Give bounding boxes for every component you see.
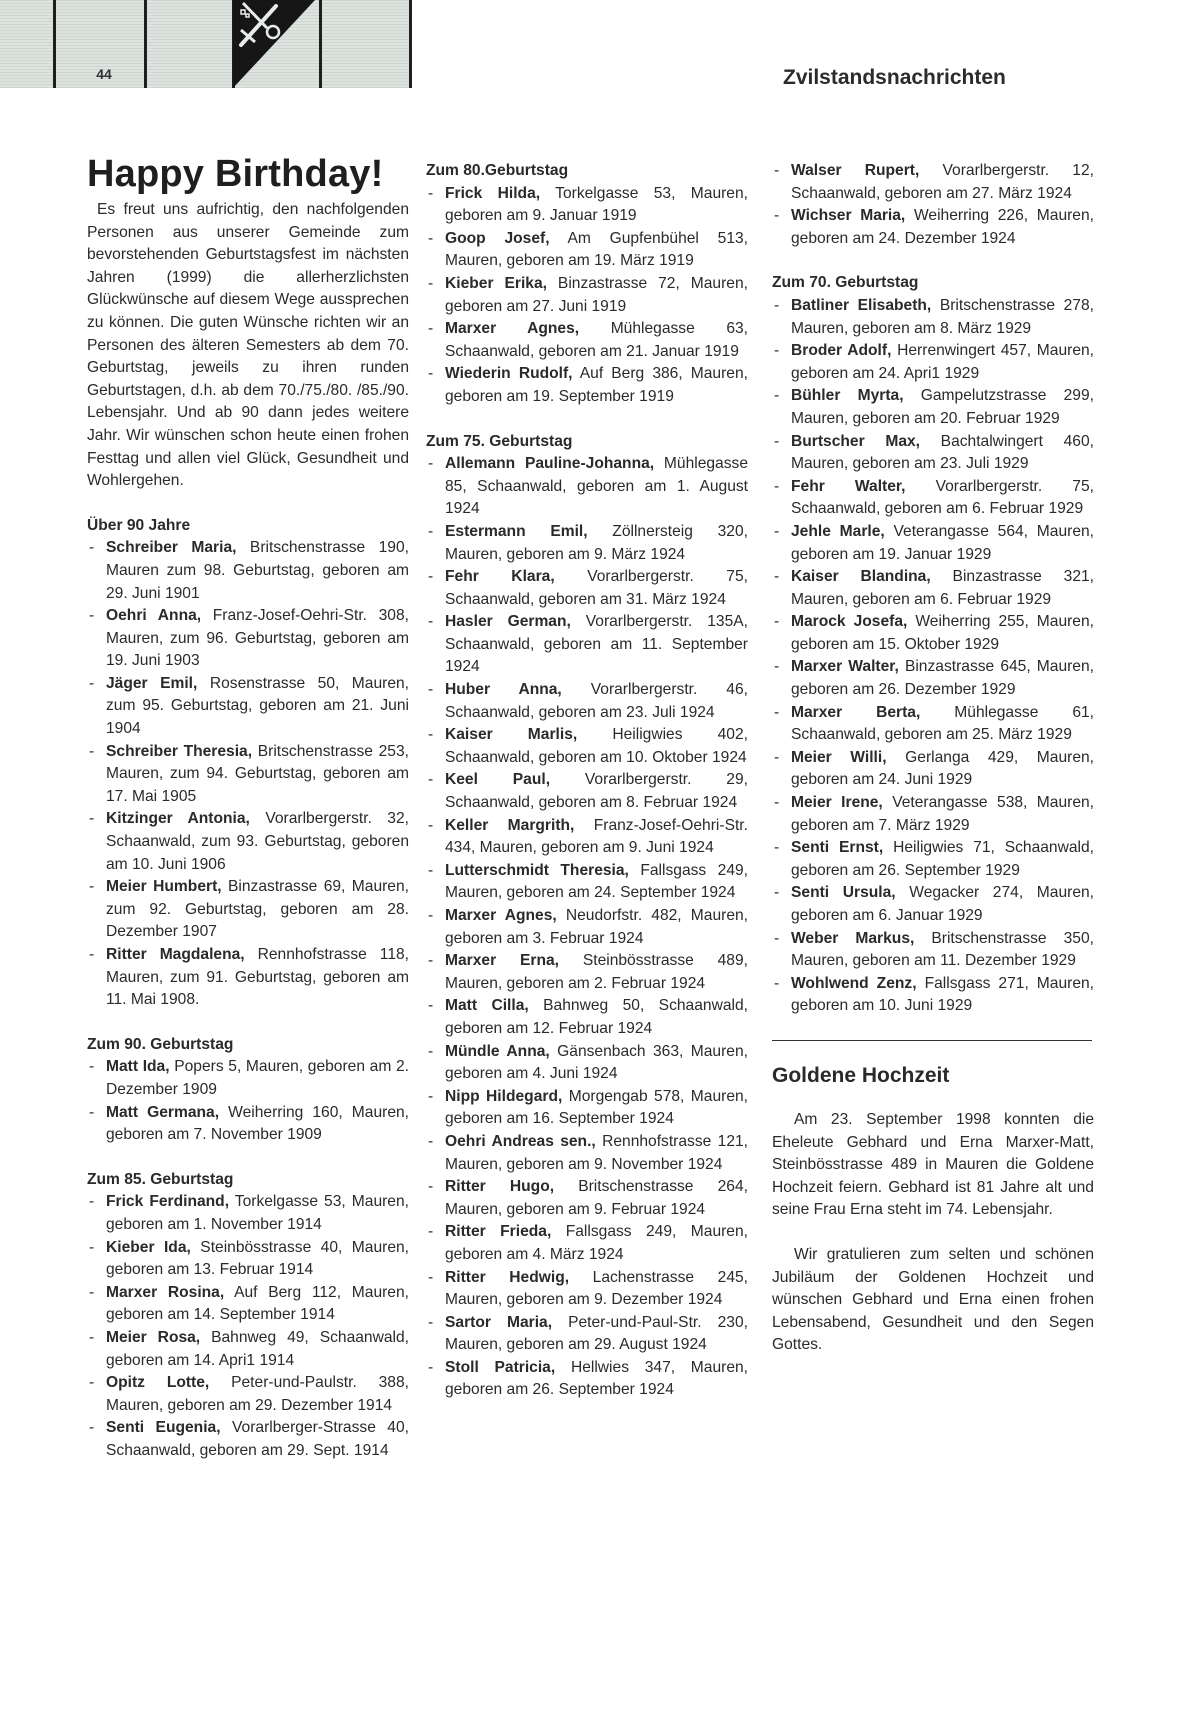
list-item: -Meier Willi, Gerlanga 429, Mauren, gebo… [772,747,1094,792]
list-item: -Bühler Myrta, Gampelutzstrasse 299, Mau… [772,385,1094,430]
person-name: Batliner Elisabeth, [791,297,931,314]
person-name: Ritter Hedwig, [445,1269,569,1286]
list-item: -Sartor Maria, Peter-und-Paul-Str. 230, … [426,1312,748,1357]
group-75th-continued: -Walser Rupert, Vorarlbergerstr. 12, Sch… [772,160,1094,250]
article-title: Happy Birthday! [87,154,409,194]
list-item: -Matt Ida, Popers 5, Mauren, geboren am … [87,1056,409,1101]
list-item: -Ritter Hedwig, Lachenstrasse 245, Maure… [426,1267,748,1312]
list-item: -Wiederin Rudolf, Auf Berg 386, Mauren, … [426,363,748,408]
person-name: Hasler German, [445,613,571,630]
list-item: -Schreiber Theresia, Britschenstrasse 25… [87,741,409,809]
group-70th: Zum 70. Geburtstag -Batliner Elisabeth, … [772,272,1094,1018]
list-item: -Kieber Erika, Binzastrasse 72, Mauren, … [426,273,748,318]
list-item: -Jehle Marle, Veterangasse 564, Mauren, … [772,521,1094,566]
band-divider [409,0,412,88]
group-title: Zum 85. Geburtstag [87,1169,409,1192]
person-name: Senti Ursula, [791,884,896,901]
person-name: Schreiber Theresia, [106,743,252,760]
person-name: Bühler Myrta, [791,387,904,404]
person-name: Jehle Marle, [791,523,885,540]
person-name: Marxer Agnes, [445,320,579,337]
person-name: Kaiser Blandina, [791,568,931,585]
band-divider [319,0,322,88]
group-85th: Zum 85. Geburtstag -Frick Ferdinand, Tor… [87,1169,409,1463]
list-item: -Mündle Anna, Gänsenbach 363, Mauren, ge… [426,1041,748,1086]
header-band: 44 [0,0,412,88]
person-name: Marxer Berta, [791,704,920,721]
list-item: -Fehr Walter, Vorarlbergerstr. 75, Schaa… [772,476,1094,521]
person-name: Jäger Emil, [106,675,197,692]
list-item: -Meier Irene, Veterangasse 538, Mauren, … [772,792,1094,837]
person-name: Marxer Walter, [791,658,899,675]
list-item: -Keller Margrith, Franz-Josef-Oehri-Str.… [426,815,748,860]
list-item: -Walser Rupert, Vorarlbergerstr. 12, Sch… [772,160,1094,205]
person-name: Fehr Walter, [791,478,905,495]
list-item: -Frick Hilda, Torkelgasse 53, Mauren, ge… [426,183,748,228]
list-item: -Allemann Pauline-Johanna, Mühlegasse 85… [426,453,748,521]
person-name: Opitz Lotte, [106,1374,209,1391]
list-item: -Marxer Erna, Steinbösstrasse 489, Maure… [426,950,748,995]
person-name: Marxer Rosina, [106,1284,224,1301]
person-name: Estermann Emil, [445,523,588,540]
list-item: -Kieber Ida, Steinbösstrasse 40, Mauren,… [87,1237,409,1282]
person-name: Wohlwend Zenz, [791,975,917,992]
person-name: Meier Rosa, [106,1329,200,1346]
person-name: Meier Willi, [791,749,887,766]
list-item: -Matt Germana, Weiherring 160, Mauren, g… [87,1102,409,1147]
list-item: -Jäger Emil, Rosenstrasse 50, Mauren, zu… [87,673,409,741]
person-name: Wichser Maria, [791,207,905,224]
list-item: -Meier Humbert, Binzastrasse 69, Mauren,… [87,876,409,944]
person-name: Frick Ferdinand, [106,1193,229,1210]
list-item: -Wohlwend Zenz, Fallsgass 271, Mauren, g… [772,973,1094,1018]
person-name: Schreiber Maria, [106,539,236,556]
person-name: Frick Hilda, [445,185,540,202]
person-name: Ritter Magdalena, [106,946,245,963]
list-item: -Marock Josefa, Weiherring 255, Mauren, … [772,611,1094,656]
person-name: Senti Eugenia, [106,1419,221,1436]
list-item: -Kaiser Marlis, Heiligwies 402, Schaanwa… [426,724,748,769]
person-name: Broder Adolf, [791,342,891,359]
list-item: -Frick Ferdinand, Torkelgasse 53, Mauren… [87,1191,409,1236]
section-divider [772,1040,1092,1041]
band-divider [53,0,56,88]
person-name: Burtscher Max, [791,433,920,450]
column-3: -Walser Rupert, Vorarlbergerstr. 12, Sch… [772,160,1094,1379]
crossed-swords-and-key-emblem-icon [233,0,315,88]
group-75th: Zum 75. Geburtstag -Allemann Pauline-Joh… [426,431,748,1403]
list-item: -Opitz Lotte, Peter-und-Paulstr. 388, Ma… [87,1372,409,1417]
intro-paragraph: Es freut uns aufrichtig, den nachfolgend… [87,199,409,493]
list-item: -Nipp Hildegard, Morgengab 578, Mauren, … [426,1086,748,1131]
list-item: -Burtscher Max, Bachtalwingert 460, Maur… [772,431,1094,476]
group-90th: Zum 90. Geburtstag -Matt Ida, Popers 5, … [87,1034,409,1147]
person-name: Meier Irene, [791,794,883,811]
list-item: -Estermann Emil, Zöllnersteig 320, Maure… [426,521,748,566]
person-name: Nipp Hildegard, [445,1088,562,1105]
person-name: Allemann Pauline-Johanna, [445,455,654,472]
person-name: Marock Josefa, [791,613,907,630]
page-number: 44 [79,66,129,82]
person-name: Ritter Hugo, [445,1178,554,1195]
person-name: Wiederin Rudolf, [445,365,573,382]
list-item: -Kitzinger Antonia, Vorarlbergerstr. 32,… [87,808,409,876]
person-name: Matt Ida, [106,1058,170,1075]
list-item: -Schreiber Maria, Britschenstrasse 190, … [87,537,409,605]
person-name: Matt Germana, [106,1104,219,1121]
list-item: -Weber Markus, Britschenstrasse 350, Mau… [772,928,1094,973]
person-name: Keller Margrith, [445,817,574,834]
list-item: -Ritter Hugo, Britschenstrasse 264, Maur… [426,1176,748,1221]
person-name: Senti Ernst, [791,839,883,856]
person-name: Walser Rupert, [791,162,919,179]
list-item: -Meier Rosa, Bahnweg 49, Schaanwald, geb… [87,1327,409,1372]
list-item: -Fehr Klara, Vorarlbergerstr. 75, Schaan… [426,566,748,611]
group-80th: Zum 80.Geburtstag -Frick Hilda, Torkelga… [426,160,748,409]
goldene-hochzeit-paragraph-1: Am 23. September 1998 konnten die Eheleu… [772,1109,1094,1222]
group-title: Über 90 Jahre [87,515,409,538]
column-1: Happy Birthday! Es freut uns aufrichtig,… [87,160,409,1484]
person-name: Oehri Anna, [106,607,201,624]
section-title: Zvilstandsnachrichten [783,66,1006,90]
list-item: -Goop Josef, Am Gupfenbühel 513, Mauren,… [426,228,748,273]
list-item: -Marxer Agnes, Mühlegasse 63, Schaanwald… [426,318,748,363]
list-item: -Matt Cilla, Bahnweg 50, Schaanwald, geb… [426,995,748,1040]
person-name: Oehri Andreas sen., [445,1133,596,1150]
list-item: -Marxer Agnes, Neudorfstr. 482, Mauren, … [426,905,748,950]
list-item: -Batliner Elisabeth, Britschenstrasse 27… [772,295,1094,340]
goldene-hochzeit-title: Goldene Hochzeit [772,1061,1094,1091]
person-name: Ritter Frieda, [445,1223,551,1240]
person-name: Mündle Anna, [445,1043,550,1060]
person-name: Kieber Ida, [106,1239,191,1256]
band-divider [144,0,147,88]
list-item: -Marxer Rosina, Auf Berg 112, Mauren, ge… [87,1282,409,1327]
person-name: Matt Cilla, [445,997,529,1014]
person-name: Kitzinger Antonia, [106,810,250,827]
list-item: -Marxer Berta, Mühlegasse 61, Schaanwald… [772,702,1094,747]
group-title: Zum 70. Geburtstag [772,272,1094,295]
person-name: Marxer Erna, [445,952,559,969]
list-item: -Oehri Anna, Franz-Josef-Oehri-Str. 308,… [87,605,409,673]
person-name: Keel Paul, [445,771,550,788]
list-item: -Hasler German, Vorarlbergerstr. 135A, S… [426,611,748,679]
list-item: -Senti Eugenia, Vorarlberger-Strasse 40,… [87,1417,409,1462]
person-name: Stoll Patricia, [445,1359,555,1376]
person-name: Weber Markus, [791,930,914,947]
column-2: Zum 80.Geburtstag -Frick Hilda, Torkelga… [426,160,748,1424]
list-item: -Keel Paul, Vorarlbergerstr. 29, Schaanw… [426,769,748,814]
list-item: -Broder Adolf, Herrenwingert 457, Mauren… [772,340,1094,385]
person-name: Goop Josef, [445,230,550,247]
list-item: -Marxer Walter, Binzastrasse 645, Mauren… [772,656,1094,701]
group-title: Zum 80.Geburtstag [426,160,748,183]
person-name: Fehr Klara, [445,568,555,585]
list-item: -Kaiser Blandina, Binzastrasse 321, Maur… [772,566,1094,611]
group-title: Zum 75. Geburtstag [426,431,748,454]
list-item: -Ritter Frieda, Fallsgass 249, Mauren, g… [426,1221,748,1266]
list-item: -Ritter Magdalena, Rennhofstrasse 118, M… [87,944,409,1012]
person-name: Sartor Maria, [445,1314,552,1331]
list-item: -Oehri Andreas sen., Rennhofstrasse 121,… [426,1131,748,1176]
person-name: Meier Humbert, [106,878,222,895]
person-name: Kaiser Marlis, [445,726,577,743]
group-title: Zum 90. Geburtstag [87,1034,409,1057]
list-item: -Stoll Patricia, Hellwies 347, Mauren, g… [426,1357,748,1402]
list-item: -Lutterschmidt Theresia, Fallsgass 249, … [426,860,748,905]
person-name: Kieber Erika, [445,275,547,292]
list-item: -Huber Anna, Vorarlbergerstr. 46, Schaan… [426,679,748,724]
goldene-hochzeit-paragraph-2: Wir gratulieren zum selten und schönen J… [772,1244,1094,1357]
person-name: Lutterschmidt Theresia, [445,862,629,879]
group-over-90: Über 90 Jahre -Schreiber Maria, Britsche… [87,515,409,1012]
person-name: Huber Anna, [445,681,562,698]
person-name: Marxer Agnes, [445,907,557,924]
list-item: -Senti Ernst, Heiligwies 71, Schaanwald,… [772,837,1094,882]
list-item: -Wichser Maria, Weiherring 226, Mauren, … [772,205,1094,250]
list-item: -Senti Ursula, Wegacker 274, Mauren, geb… [772,882,1094,927]
